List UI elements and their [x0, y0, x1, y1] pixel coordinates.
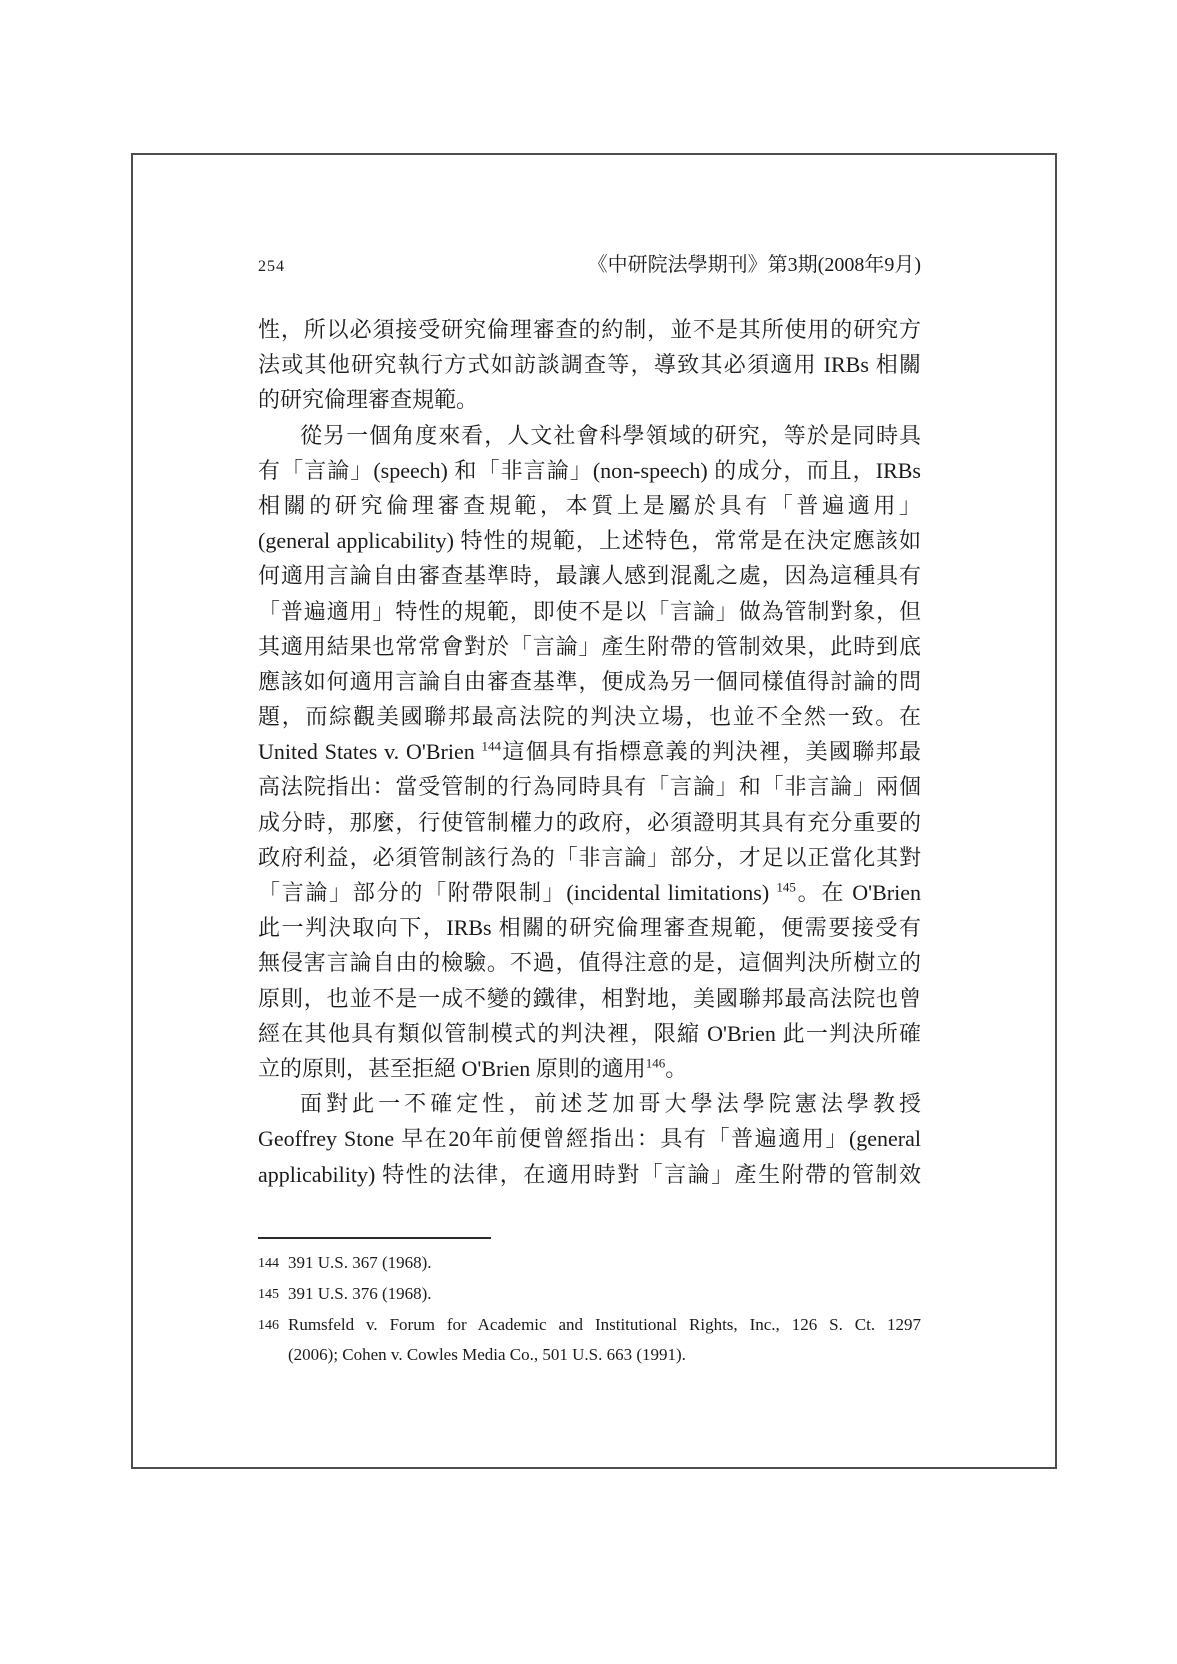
body-line: 立的原則，甚至拒絕 O'Brien 原則的適用146。 [258, 1051, 921, 1086]
body-line: 成分時，那麼，行使管制權力的政府，必須證明其具有充分重要的 [258, 805, 921, 840]
body-line: (general applicability) 特性的規範，上述特色，常常是在決… [258, 523, 921, 558]
body-line: 原則，也並不是一成不變的鐵律，相對地，美國聯邦最高法院也曾 [258, 981, 921, 1016]
footnote-text: 391 U.S. 376 (1968). [288, 1279, 921, 1309]
footnote-line: (2006); Cohen v. Cowles Media Co., 501 U… [288, 1340, 921, 1370]
body-line: 相關的研究倫理審查規範，本質上是屬於具有「普遍適用」 [258, 488, 921, 523]
body-line: 面對此一不確定性，前述芝加哥大學法學院憲法學教授 [258, 1086, 921, 1121]
footnote-line: 391 U.S. 367 (1968). [288, 1248, 921, 1278]
body-line: Geoffrey Stone 早在20年前便曾經指出：具有「普遍適用」(gene… [258, 1121, 921, 1156]
scanned-journal-page: { "colors": { "background": "#ffffff", "… [0, 0, 1177, 1664]
body-line: 性，所以必須接受研究倫理審查的約制，並不是其所使用的研究方 [258, 312, 921, 347]
page-header: 254 《中研院法學期刊》第3期(2008年9月) [258, 248, 921, 277]
body-line: applicability) 特性的法律，在適用時對「言論」產生附帶的管制效 [258, 1157, 921, 1192]
body-line: 高法院指出：當受管制的行為同時具有「言論」和「非言論」兩個 [258, 769, 921, 804]
body-line: 「言論」部分的「附帶限制」(incidental limitations) 14… [258, 875, 921, 910]
body-line: 政府利益，必須管制該行為的「非言論」部分，才足以正當化其對 [258, 840, 921, 875]
body-line: 從另一個角度來看，人文社會科學領域的研究，等於是同時具 [258, 418, 921, 453]
footnote-text: 391 U.S. 367 (1968). [288, 1248, 921, 1278]
footnote-line: 391 U.S. 376 (1968). [288, 1279, 921, 1309]
journal-title: 《中研院法學期刊》第3期(2008年9月) [588, 248, 921, 277]
footnotes: 144391 U.S. 367 (1968).145391 U.S. 376 (… [258, 1248, 921, 1370]
body-line: 「普遍適用」特性的規範，即使不是以「言論」做為管制對象，但 [258, 594, 921, 629]
body-line: 有「言論」(speech) 和「非言論」(non-speech) 的成分，而且，… [258, 453, 921, 488]
footnote-separator [258, 1237, 491, 1239]
body-line: 無侵害言論自由的檢驗。不過，值得注意的是，這個判決所樹立的 [258, 945, 921, 980]
body-line: 應該如何適用言論自由審查基準，便成為另一個同樣值得討論的問 [258, 664, 921, 699]
footnote-ref: 145 [776, 880, 796, 895]
footnote-item: 145391 U.S. 376 (1968). [258, 1279, 921, 1310]
footnote-item: 146Rumsfeld v. Forum for Academic and In… [258, 1310, 921, 1370]
body-line: 經在其他具有類似管制模式的判決裡，限縮 O'Brien 此一判決所確 [258, 1016, 921, 1051]
footnote-item: 144391 U.S. 367 (1968). [258, 1248, 921, 1279]
footnote-number: 146 [258, 1310, 288, 1341]
body-line: United States v. O'Brien 144這個具有指標意義的判決裡… [258, 734, 921, 769]
body-line: 的研究倫理審查規範。 [258, 382, 921, 417]
body-line: 此一判決取向下，IRBs 相關的研究倫理審查規範，便需要接受有 [258, 910, 921, 945]
footnote-number: 144 [258, 1248, 288, 1279]
footnote-line: Rumsfeld v. Forum for Academic and Insti… [288, 1310, 921, 1340]
footnote-number: 145 [258, 1279, 288, 1310]
body-text: 性，所以必須接受研究倫理審查的約制，並不是其所使用的研究方法或其他研究執行方式如… [258, 312, 921, 1192]
footnote-ref: 146 [646, 1056, 666, 1071]
footnote-ref: 144 [482, 739, 502, 754]
body-line: 何適用言論自由審查基準時，最讓人感到混亂之處，因為這種具有 [258, 558, 921, 593]
body-line: 其適用結果也常常會對於「言論」產生附帶的管制效果，此時到底 [258, 629, 921, 664]
page-number: 254 [258, 258, 285, 276]
body-line: 題，而綜觀美國聯邦最高法院的判決立場，也並不全然一致。在 [258, 699, 921, 734]
body-line: 法或其他研究執行方式如訪談調查等，導致其必須適用 IRBs 相關 [258, 347, 921, 382]
footnote-text: Rumsfeld v. Forum for Academic and Insti… [288, 1310, 921, 1370]
